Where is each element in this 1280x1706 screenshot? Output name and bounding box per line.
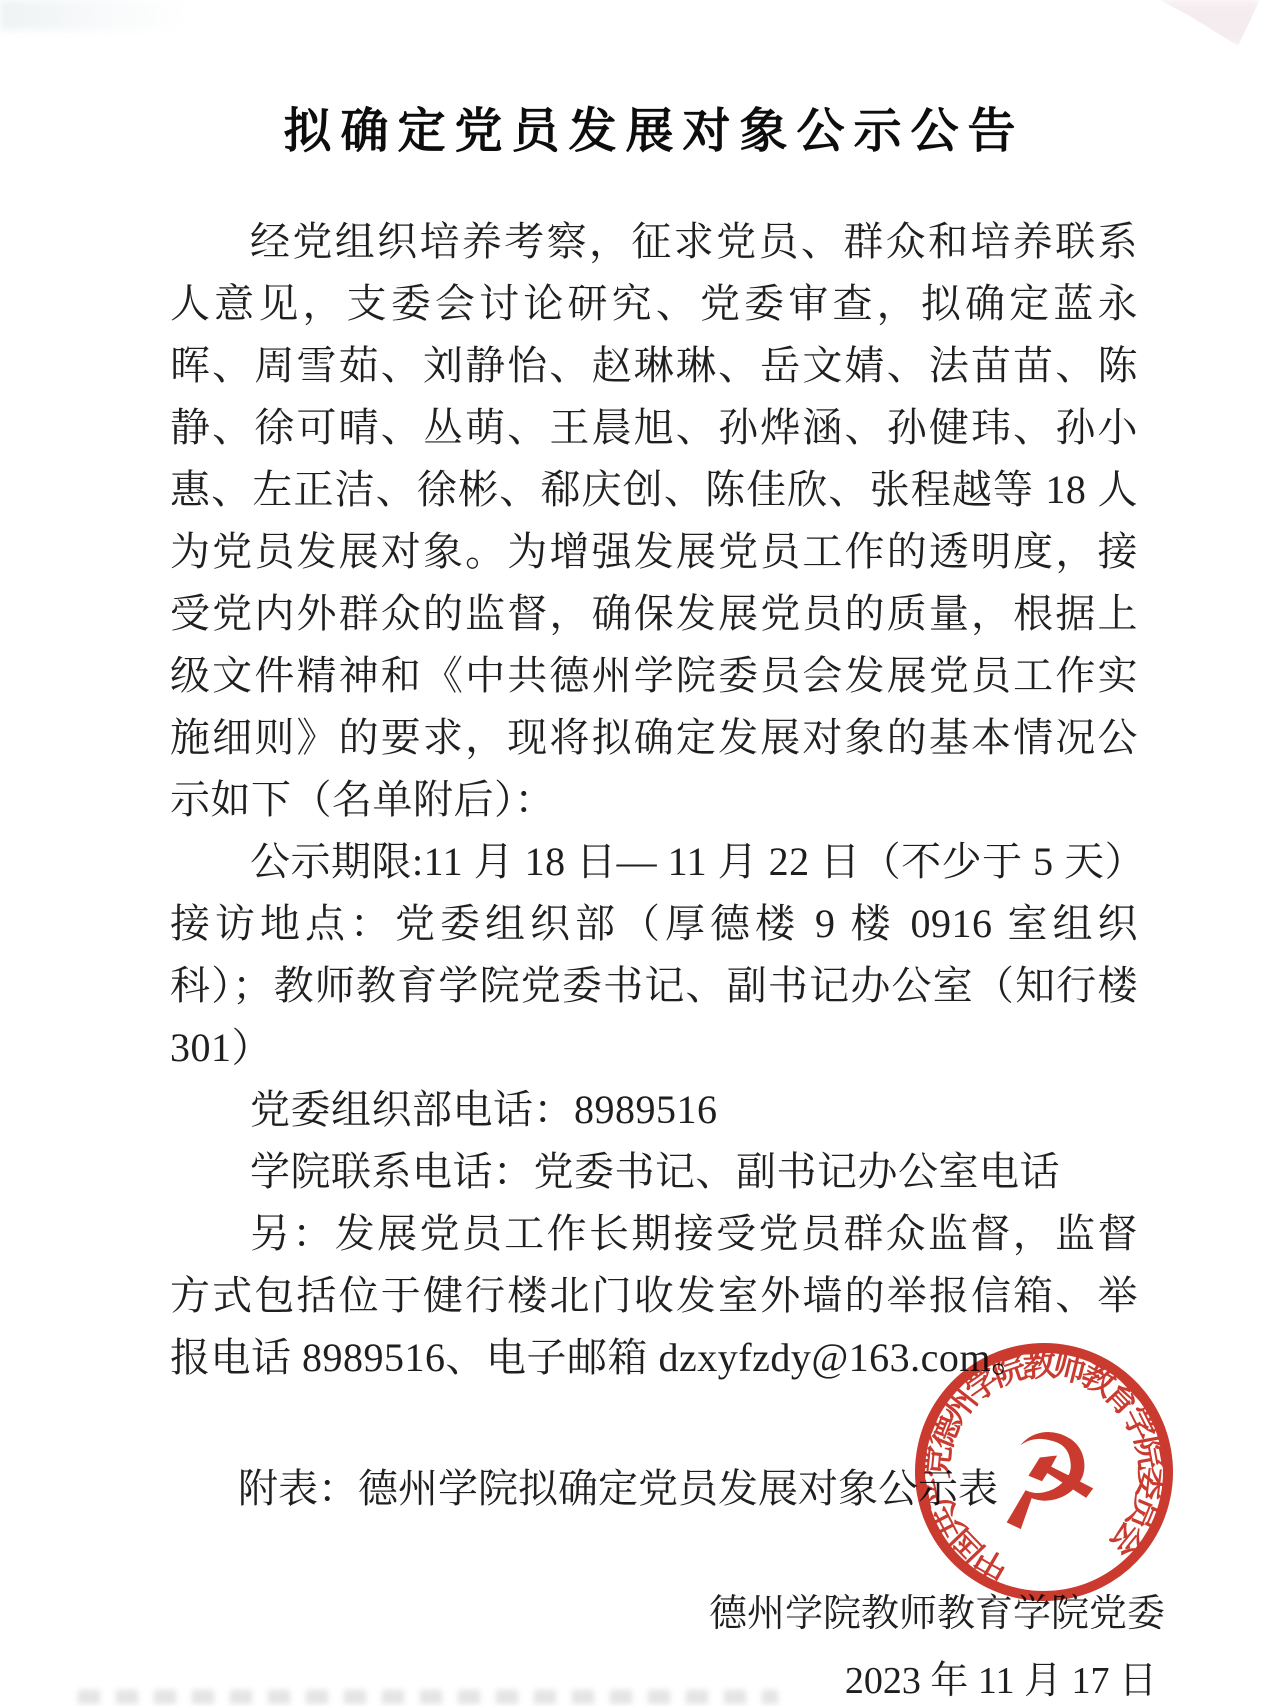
scan-smudge-top-right (1160, 0, 1260, 46)
paragraph-org-phone: 党委组织部电话：8989516 (170, 1079, 1138, 1141)
scan-bleedthrough-bottom (78, 1690, 778, 1704)
paragraph-supervision: 另：发展党员工作长期接受党员群众监督，监督方式包括位于健行楼北门收发室外墙的举报… (170, 1203, 1138, 1389)
paragraph-reception-place: 接访地点：党委组织部（厚德楼 9 楼 0916 室组织科）；教师教育学院党委书记… (170, 893, 1138, 1079)
paragraph-intro: 经党组织培养考察，征求党员、群众和培养联系人意见，支委会讨论研究、党委审查，拟确… (170, 211, 1138, 831)
attachment-line: 附表：德州学院拟确定党员发展对象公示表 (170, 1458, 1138, 1520)
announcement-document: 拟确定党员发展对象公示公告 经党组织培养考察，征求党员、群众和培养联系人意见，支… (170, 102, 1138, 1706)
signature-block: 德州学院教师教育学院党委 2023 年 11 月 17 日 (170, 1583, 1165, 1706)
document-body: 经党组织培养考察，征求党员、群众和培养联系人意见，支委会讨论研究、党委审查，拟确… (170, 211, 1138, 1389)
paragraph-college-phone: 学院联系电话：党委书记、副书记办公室电话 (170, 1141, 1138, 1203)
signature-organization: 德州学院教师教育学院党委 (170, 1583, 1165, 1645)
scan-smudge-top-left (0, 0, 190, 30)
paragraph-publicity-period: 公示期限:11 月 18 日— 11 月 22 日（不少于 5 天） (170, 831, 1138, 893)
document-title: 拟确定党员发展对象公示公告 (170, 102, 1138, 162)
